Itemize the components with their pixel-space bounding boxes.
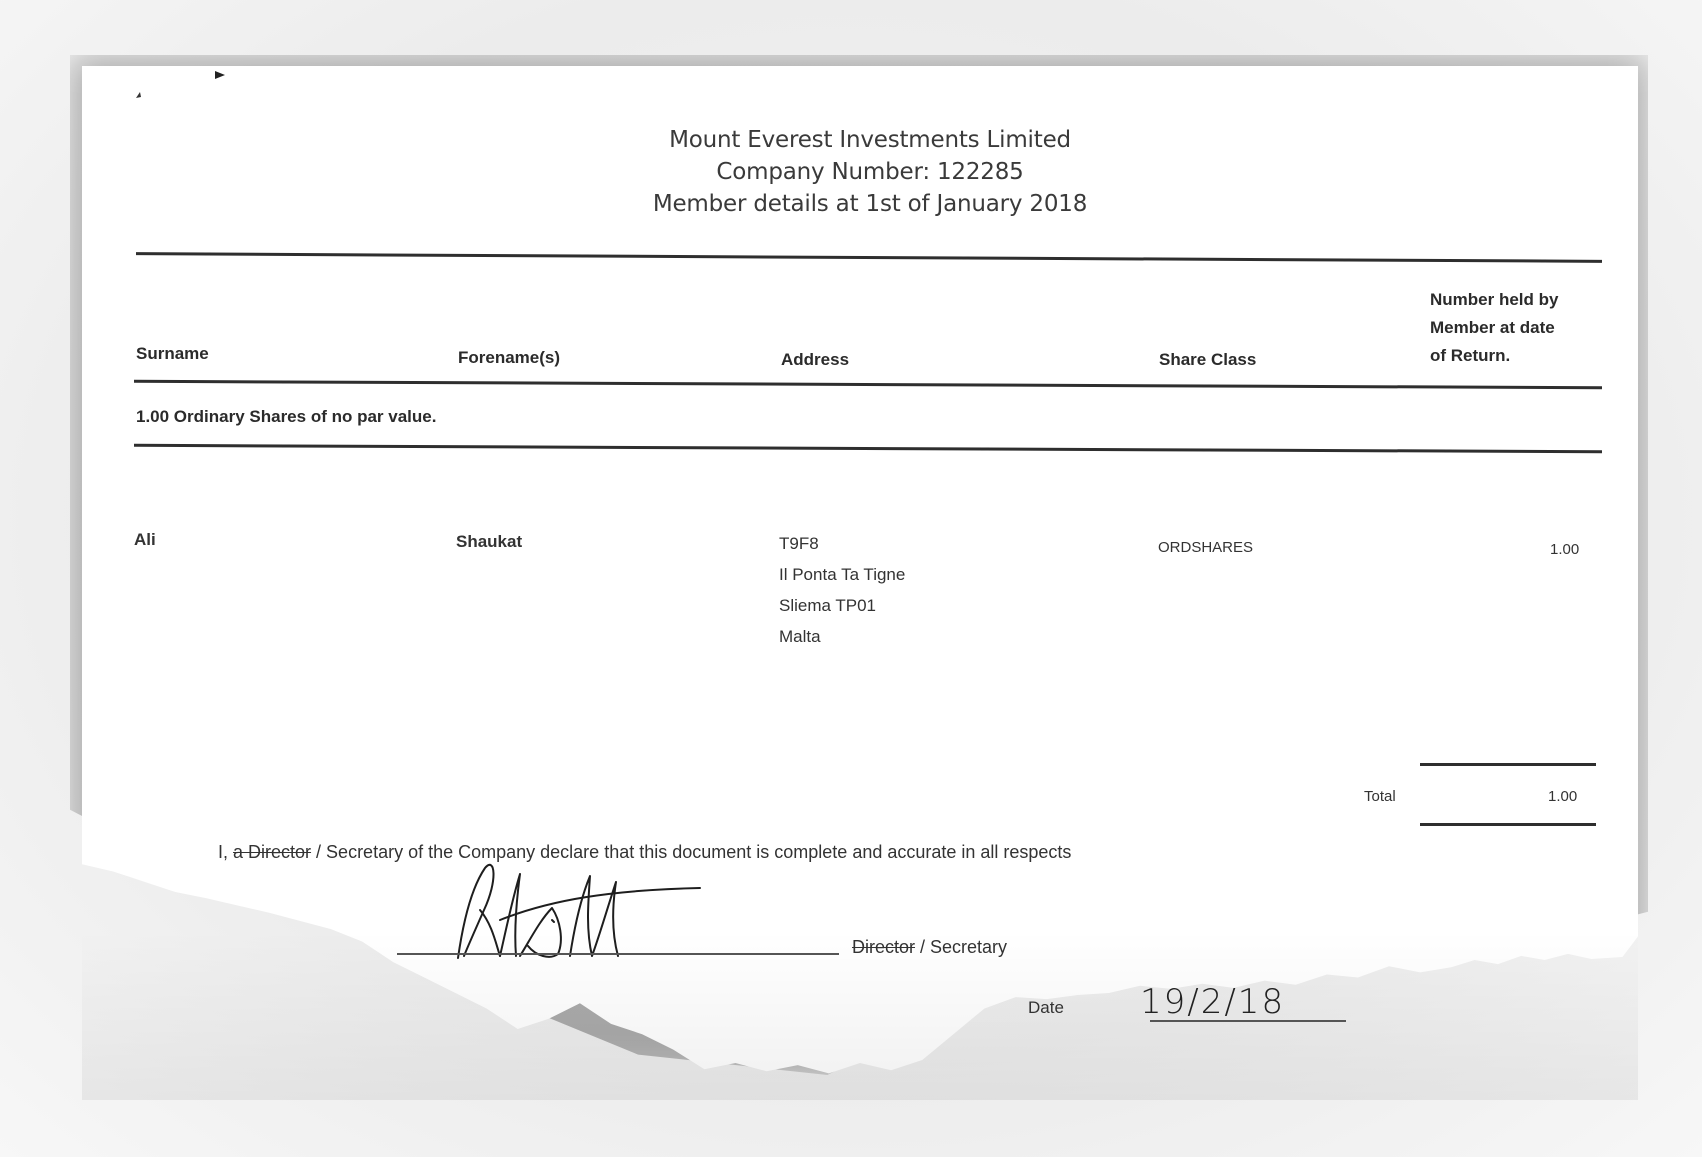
total-top-rule bbox=[1420, 763, 1596, 766]
row-share-class: ORDSHARES bbox=[1158, 532, 1253, 563]
company-number: Company Number: 122285 bbox=[560, 156, 1180, 188]
signature-line bbox=[397, 953, 839, 955]
row-address: T9F8 Il Ponta Ta Tigne Sliema TP01 Malta bbox=[779, 528, 905, 652]
date-line bbox=[1150, 1020, 1346, 1022]
address-line-1: T9F8 bbox=[779, 528, 905, 559]
col-header-number-held-line2: Member at date bbox=[1430, 314, 1558, 342]
header-top-rule bbox=[136, 252, 1602, 263]
scan-arrow-mark-icon bbox=[214, 70, 226, 80]
share-section-title: 1.00 Ordinary Shares of no par value. bbox=[136, 403, 436, 431]
col-header-forenames: Forename(s) bbox=[458, 344, 560, 372]
row-surname: Ali bbox=[134, 524, 156, 555]
total-label: Total bbox=[1364, 781, 1396, 812]
role-struck: Director bbox=[852, 937, 915, 957]
date-label: Date bbox=[1028, 998, 1064, 1018]
declaration-prefix: I, bbox=[218, 842, 233, 862]
header-bottom-rule bbox=[134, 380, 1602, 389]
col-header-number-held-line1: Number held by bbox=[1430, 286, 1558, 314]
col-header-surname: Surname bbox=[136, 340, 209, 368]
address-line-3: Sliema TP01 bbox=[779, 590, 905, 621]
total-bottom-rule bbox=[1420, 823, 1596, 826]
col-header-number-held: Number held by Member at date of Return. bbox=[1430, 286, 1558, 370]
total-value: 1.00 bbox=[1548, 781, 1577, 812]
col-header-share-class: Share Class bbox=[1159, 346, 1256, 374]
member-details-document: Mount Everest Investments Limited Compan… bbox=[0, 0, 1702, 1157]
handwritten-signature-icon bbox=[440, 860, 710, 960]
declaration-struck-role: a Director bbox=[233, 842, 311, 862]
document-header: Mount Everest Investments Limited Compan… bbox=[560, 124, 1180, 220]
company-name: Mount Everest Investments Limited bbox=[560, 124, 1180, 156]
row-number-held: 1.00 bbox=[1550, 534, 1579, 565]
section-rule bbox=[134, 444, 1602, 453]
member-details-date: Member details at 1st of January 2018 bbox=[560, 188, 1180, 220]
declaration-body: / Secretary of the Company declare that … bbox=[311, 842, 1071, 862]
scan-speck-icon bbox=[134, 88, 144, 100]
role-rest: / Secretary bbox=[915, 937, 1007, 957]
col-header-number-held-line3: of Return. bbox=[1430, 342, 1558, 370]
col-header-address: Address bbox=[781, 346, 849, 374]
signatory-role: Director / Secretary bbox=[852, 937, 1007, 958]
row-forenames: Shaukat bbox=[456, 526, 522, 557]
address-line-4: Malta bbox=[779, 621, 905, 652]
address-line-2: Il Ponta Ta Tigne bbox=[779, 559, 905, 590]
handwritten-date: 19/2/18 bbox=[1140, 982, 1285, 1022]
